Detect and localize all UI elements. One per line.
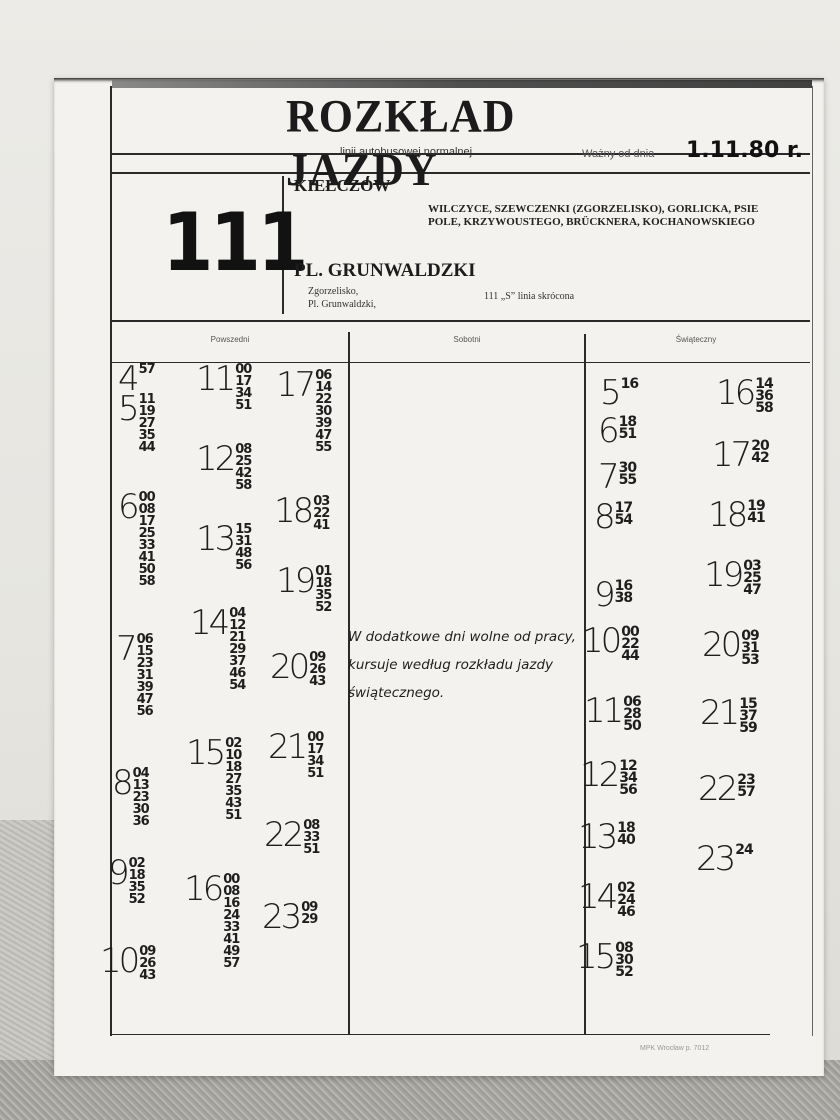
hour-label: 10 — [582, 624, 619, 658]
minute-value: 57 — [737, 786, 754, 798]
hour-label: 12 — [196, 442, 233, 476]
hour-block: 230929 — [262, 900, 317, 934]
minute-list: 0929 — [301, 902, 317, 926]
hour-block: 172042 — [712, 438, 769, 472]
hour-label: 5 — [118, 392, 137, 426]
hour-label: 7 — [598, 460, 617, 494]
hour-label: 22 — [698, 772, 735, 806]
minute-value: 55 — [619, 474, 636, 486]
hour-label: 11 — [196, 362, 233, 396]
hour-block: 2100173451 — [268, 730, 323, 780]
hour-block: 222357 — [698, 772, 755, 806]
hour-label: 19 — [704, 558, 741, 592]
hour-label: 9 — [108, 856, 127, 890]
minute-list: 24 — [735, 844, 752, 856]
minute-list: 06142230394755 — [315, 370, 331, 454]
hour-block: 11062850 — [584, 694, 641, 732]
hour-block: 80413233036 — [112, 766, 149, 828]
minute-list: 093153 — [741, 630, 758, 666]
document-subtitle: linii autobusowej normalnej — [340, 146, 472, 158]
hour-label: 21 — [268, 730, 305, 764]
minute-value: 56 — [235, 560, 251, 572]
minute-value: 52 — [615, 966, 632, 978]
hour-label: 22 — [264, 818, 301, 852]
minute-value: 41 — [747, 512, 764, 524]
hour-block: 20092643 — [270, 650, 325, 688]
minute-list: 1754 — [615, 502, 632, 526]
hour-block: 91638 — [594, 578, 632, 612]
hour-block: 20093153 — [702, 628, 759, 666]
minute-list: 0008162433414957 — [223, 874, 239, 970]
hour-label: 6 — [118, 490, 137, 524]
valid-from-label: Ważny od dnia — [582, 148, 654, 160]
minute-list: 16 — [621, 378, 638, 390]
minute-list: 143658 — [755, 378, 772, 414]
minute-value: 40 — [617, 834, 634, 846]
minute-list: 032241 — [313, 496, 329, 532]
hour-label: 18 — [708, 498, 745, 532]
minute-list: 1941 — [747, 500, 764, 524]
hour-label: 10 — [100, 944, 137, 978]
column-header-holiday: Świąteczny — [586, 335, 806, 344]
minute-list: 00173451 — [235, 364, 251, 412]
hour-label: 23 — [696, 842, 733, 876]
hour-block: 19032547 — [704, 558, 761, 596]
hour-block: 60008172533415058 — [118, 490, 155, 588]
minute-list: 2042 — [751, 440, 768, 464]
hour-label: 13 — [578, 820, 615, 854]
minute-value: 56 — [619, 784, 636, 796]
minute-value: 57 — [223, 958, 239, 970]
route-origin: KIEŁCZÓW — [294, 176, 390, 196]
minute-list: 1840 — [617, 822, 634, 846]
hour-block: 160008162433414957 — [184, 872, 239, 970]
hour-block: 16143658 — [716, 376, 773, 414]
minute-value: 47 — [743, 584, 760, 596]
minute-value: 52 — [129, 894, 145, 906]
minute-value: 44 — [621, 650, 638, 662]
hour-block: 131840 — [578, 820, 635, 854]
minute-value: 58 — [139, 576, 155, 588]
hour-block: 12123456 — [580, 758, 637, 796]
minute-value: 51 — [619, 428, 636, 440]
hour-block: 10002244 — [582, 624, 639, 662]
minute-list: 57 — [139, 364, 155, 376]
hour-block: 18032241 — [274, 494, 329, 532]
minute-list: 032547 — [743, 560, 760, 596]
hour-block: 21153759 — [700, 696, 757, 734]
hour-label: 17 — [712, 438, 749, 472]
minute-value: 51 — [307, 768, 323, 780]
column-divider-2 — [584, 334, 586, 1034]
hour-block: 1315314856 — [196, 522, 251, 572]
hour-label: 15 — [576, 940, 613, 974]
route-via-stops: WILCZYCE, SZEWCZENKI (ZGORZELISKO), GORL… — [428, 203, 768, 229]
hour-block: 61851 — [598, 414, 636, 448]
minute-value: 56 — [137, 706, 153, 718]
minute-value: 43 — [309, 676, 325, 688]
minute-list: 3055 — [619, 462, 636, 486]
minute-list: 1119273544 — [139, 394, 155, 454]
minute-value: 51 — [235, 400, 251, 412]
hour-label: 16 — [184, 872, 221, 906]
hour-block: 73055 — [598, 460, 636, 494]
hour-block: 1901183552 — [276, 564, 331, 614]
minute-value: 50 — [623, 720, 640, 732]
minute-list: 123456 — [619, 760, 636, 796]
hour-label: 14 — [578, 880, 615, 914]
hour-block: 15083052 — [576, 940, 633, 978]
hour-label: 16 — [716, 376, 753, 410]
hour-block: 1706142230394755 — [276, 368, 331, 454]
minute-value: 51 — [303, 844, 319, 856]
hour-label: 8 — [112, 766, 131, 800]
minute-list: 153759 — [739, 698, 756, 734]
minute-list: 2357 — [737, 774, 754, 798]
minute-value: 55 — [315, 442, 331, 454]
bottom-divider — [110, 1034, 770, 1035]
hour-label: 20 — [702, 628, 739, 662]
line-number: 111 — [162, 196, 305, 289]
hour-block: 706152331394756 — [116, 632, 153, 718]
minute-list: 06152331394756 — [137, 634, 153, 718]
minute-list: 01183552 — [315, 566, 331, 614]
minute-value: 52 — [315, 602, 331, 614]
route-destination: PL. GRUNWALDZKI — [294, 260, 476, 282]
short-route-stops: Zgorzelisko, Pl. Grunwaldzki, — [308, 285, 376, 311]
hour-block: 516 — [600, 376, 638, 410]
minute-list: 02183552 — [129, 858, 145, 906]
minute-value: 38 — [615, 592, 632, 604]
minute-list: 0413233036 — [133, 768, 149, 828]
minute-list: 08254258 — [235, 444, 251, 492]
hour-label: 7 — [116, 632, 135, 666]
hour-label: 23 — [262, 900, 299, 934]
minute-value: 57 — [139, 364, 155, 376]
short-route-stop: Pl. Grunwaldzki, — [308, 298, 376, 311]
column-header-saturday: Sobotni — [350, 335, 584, 344]
minute-value: 54 — [229, 680, 245, 692]
hour-label: 18 — [274, 494, 311, 528]
hour-label: 11 — [584, 694, 621, 728]
short-route-note: 111 „S” linia skrócona — [484, 291, 574, 302]
hour-label: 17 — [276, 368, 313, 402]
minute-value: 36 — [133, 816, 149, 828]
minute-value: 51 — [225, 810, 241, 822]
minute-list: 15314856 — [235, 524, 251, 572]
hour-block: 10092643 — [100, 944, 155, 982]
column-header-weekday: Powszedni — [112, 335, 348, 344]
minute-list: 022446 — [617, 882, 634, 918]
minute-value: 46 — [617, 906, 634, 918]
minute-list: 092643 — [139, 946, 155, 982]
hour-block: 14022446 — [578, 880, 635, 918]
hour-block: 81754 — [594, 500, 632, 534]
minute-list: 02101827354351 — [225, 738, 241, 822]
hour-label: 20 — [270, 650, 307, 684]
hour-block: 1502101827354351 — [186, 736, 241, 822]
hour-label: 15 — [186, 736, 223, 770]
hour-block: 902183552 — [108, 856, 145, 906]
hour-label: 5 — [600, 376, 619, 410]
minute-value: 43 — [139, 970, 155, 982]
minute-value: 16 — [621, 378, 638, 390]
hour-label: 13 — [196, 522, 233, 556]
minute-value: 58 — [755, 402, 772, 414]
hour-label: 8 — [594, 500, 613, 534]
minute-value: 54 — [615, 514, 632, 526]
minute-list: 1638 — [615, 580, 632, 604]
minute-list: 1851 — [619, 416, 636, 440]
hour-label: 12 — [580, 758, 617, 792]
minute-value: 58 — [235, 480, 251, 492]
hour-block: 1100173451 — [196, 362, 251, 412]
minute-value: 42 — [751, 452, 768, 464]
hour-block: 51119273544 — [118, 392, 155, 454]
hour-label: 6 — [598, 414, 617, 448]
hour-block: 22083351 — [264, 818, 319, 856]
short-route-stop: Zgorzelisko, — [308, 285, 376, 298]
hour-block: 1208254258 — [196, 442, 251, 492]
minute-value: 59 — [739, 722, 756, 734]
saturday-note: W dodatkowe dni wolne od pracy, kursuje … — [348, 623, 578, 707]
minute-list: 083351 — [303, 820, 319, 856]
minute-value: 29 — [301, 914, 317, 926]
hour-block: 2324 — [696, 842, 753, 876]
valid-from-date: 1.11.80 r. — [686, 138, 803, 163]
minute-list: 083052 — [615, 942, 632, 978]
route-divider — [110, 320, 810, 322]
minute-list: 00173451 — [307, 732, 323, 780]
minute-list: 0008172533415058 — [139, 492, 155, 588]
minute-value: 41 — [313, 520, 329, 532]
minute-value: 53 — [741, 654, 758, 666]
hour-label: 9 — [594, 578, 613, 612]
hour-label: 14 — [190, 606, 227, 640]
minute-list: 092643 — [309, 652, 325, 688]
minute-list: 04122129374654 — [229, 608, 245, 692]
hour-label: 19 — [276, 564, 313, 598]
minute-list: 062850 — [623, 696, 640, 732]
hour-block: 181941 — [708, 498, 765, 532]
printer-mark: MPK Wrocław p. 7012 — [640, 1045, 709, 1052]
hour-block: 1404122129374654 — [190, 606, 245, 692]
minute-list: 002244 — [621, 626, 638, 662]
hour-label: 21 — [700, 696, 737, 730]
minute-value: 24 — [735, 844, 752, 856]
minute-value: 44 — [139, 442, 155, 454]
